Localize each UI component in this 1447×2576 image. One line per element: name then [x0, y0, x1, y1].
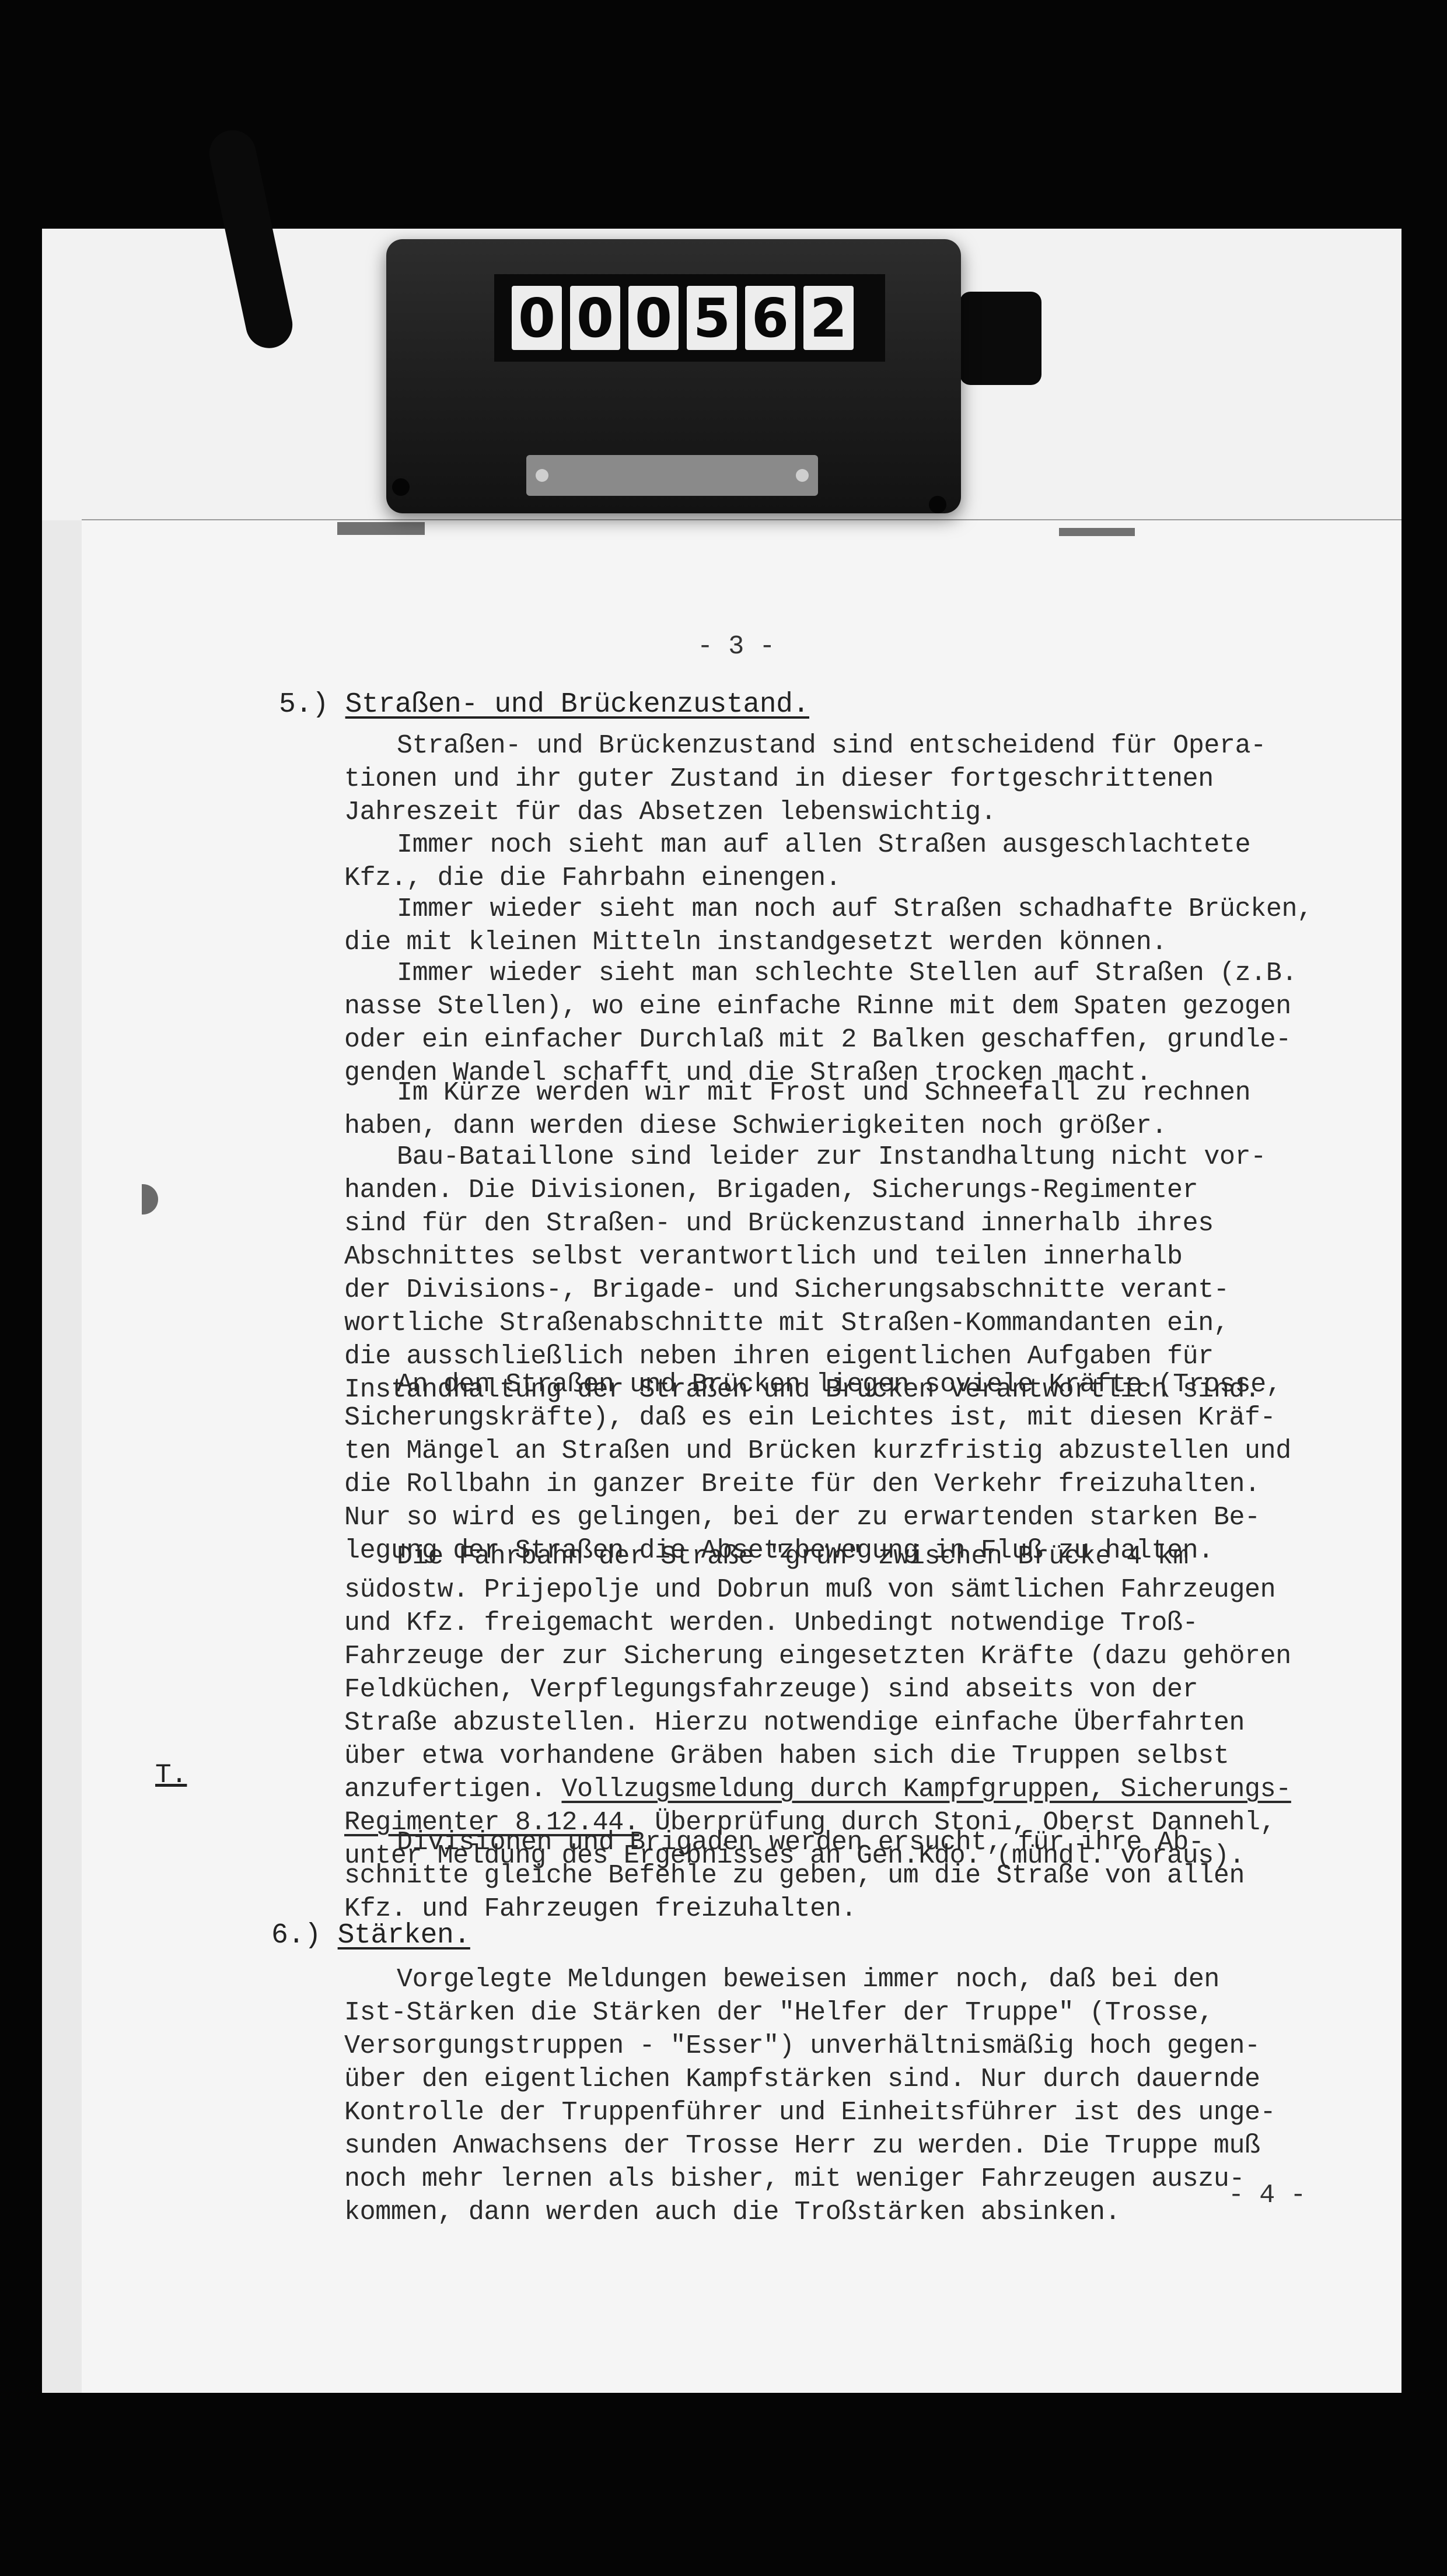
paragraph-strasse-gruen: Die Fahrbahn der Straße "grün" zwischen …: [344, 1540, 1359, 1873]
section-title: Straßen- und Brückenzustand.: [345, 689, 809, 720]
mount-hole: [929, 496, 946, 513]
page-number-bottom: - 4 -: [1228, 2179, 1306, 2212]
counter-digit: 2: [803, 286, 854, 350]
section-heading-6: 6.) Stärken.: [271, 1919, 470, 1952]
paragraph-text: Die Fahrbahn der Straße "grün" zwischen …: [344, 1542, 1291, 1804]
paragraph: Im Kürze werden wir mit Frost und Schnee…: [344, 1076, 1359, 1143]
counter-digit: 6: [745, 286, 795, 350]
counter-digit: 0: [628, 286, 679, 350]
paragraph: Immer wieder sieht man schlechte Stellen…: [344, 957, 1359, 1090]
paragraph: Straßen- und Brückenzustand sind entsche…: [344, 729, 1359, 829]
screw-icon: [536, 469, 548, 482]
paragraph: Vorgelegte Meldungen beweisen immer noch…: [344, 1963, 1359, 2229]
mount-hole: [392, 478, 410, 496]
section-heading-5: 5.) Straßen- und Brückenzustand.: [279, 688, 809, 722]
screw-icon: [796, 469, 809, 482]
counter-reset-knob: [960, 292, 1041, 385]
margin-note: T.: [155, 1759, 187, 1792]
counter-nameplate: [526, 455, 818, 496]
counter-digit: 0: [512, 286, 562, 350]
counter-digit: 5: [687, 286, 737, 350]
paragraph: Bau-Bataillone sind leider zur Instandha…: [344, 1140, 1359, 1406]
frame-counter-device: 0 0 0 5 6 2: [386, 239, 961, 513]
ink-smudge-right: [1059, 528, 1135, 536]
page-number-top: - 3 -: [697, 630, 775, 663]
section-number: 5.): [279, 689, 328, 720]
paragraph: Immer wieder sieht man noch auf Straßen …: [344, 892, 1359, 959]
section-number: 6.): [271, 1920, 321, 1951]
counter-digit: 0: [570, 286, 620, 350]
paragraph: Divisionen und Brigaden werden ersucht, …: [344, 1826, 1359, 1926]
paragraph: An den Straßen und Brücken liegen soviel…: [344, 1368, 1359, 1567]
counter-digit-window: 0 0 0 5 6 2: [494, 274, 885, 362]
section-title: Stärken.: [338, 1920, 470, 1951]
ink-smudge-left: [337, 522, 425, 535]
paragraph: Immer noch sieht man auf allen Straßen a…: [344, 828, 1359, 895]
